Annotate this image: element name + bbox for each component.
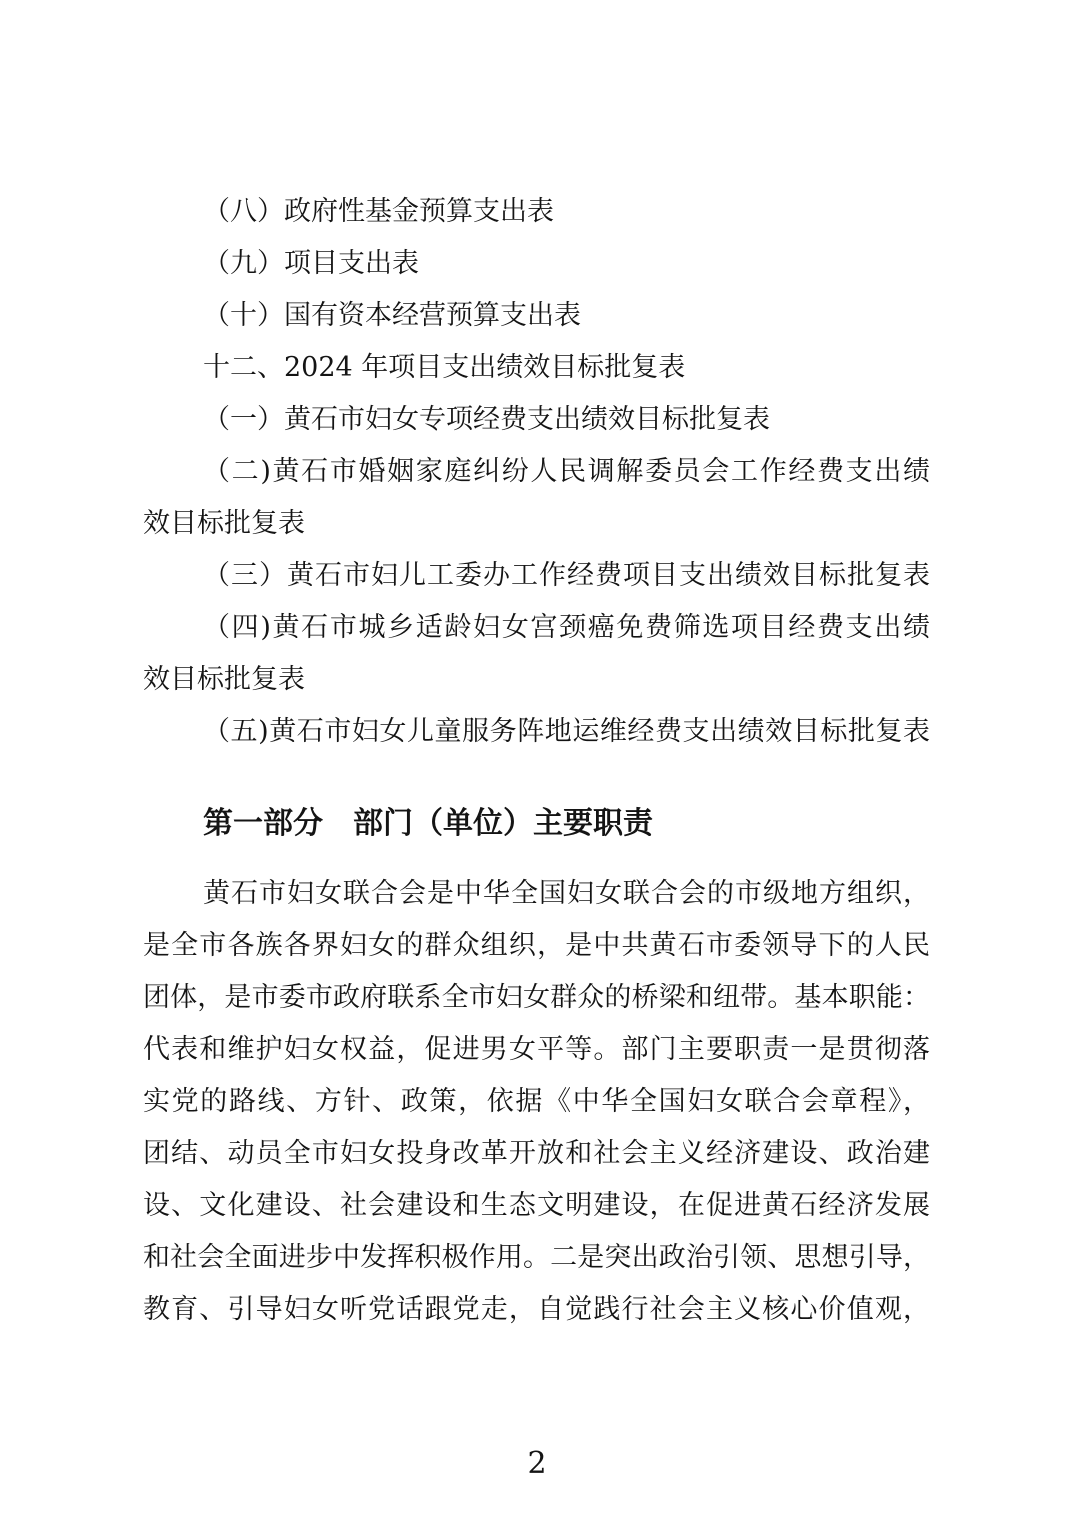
toc-line: （三）黄石市妇儿工委办工作经费项目支出绩效目标批复表 <box>143 550 930 602</box>
paragraph-line: 和社会全面进步中发挥积极作用。二是突出政治引领、思想引导， <box>143 1232 930 1284</box>
section-paragraph: 黄石市妇女联合会是中华全国妇女联合会的市级地方组织， 是全市各族各界妇女的群众组… <box>143 868 930 1336</box>
paragraph-line: 是全市各族各界妇女的群众组织，是中共黄石市委领导下的人民 <box>143 920 930 972</box>
paragraph-line: 设、文化建设、社会建设和生态文明建设，在促进黄石经济发展 <box>143 1180 930 1232</box>
section-heading: 第一部分 部门（单位）主要职责 <box>143 798 930 850</box>
paragraph-line: 团结、动员全市妇女投身改革开放和社会主义经济建设、政治建 <box>143 1128 930 1180</box>
toc-line: （九）项目支出表 <box>143 238 930 290</box>
toc-line: （十）国有资本经营预算支出表 <box>143 290 930 342</box>
document-page: （八）政府性基金预算支出表 （九）项目支出表 （十）国有资本经营预算支出表 十二… <box>0 0 1074 1520</box>
paragraph-line: 代表和维护妇女权益，促进男女平等。部门主要职责一是贯彻落 <box>143 1024 930 1076</box>
paragraph-line: 团体，是市委市政府联系全市妇女群众的桥梁和纽带。基本职能： <box>143 972 930 1024</box>
toc-list: （八）政府性基金预算支出表 （九）项目支出表 （十）国有资本经营预算支出表 十二… <box>143 186 930 758</box>
toc-line: （二)黄石市婚姻家庭纠纷人民调解委员会工作经费支出绩 <box>143 446 930 498</box>
paragraph-line: 黄石市妇女联合会是中华全国妇女联合会的市级地方组织， <box>143 868 930 920</box>
toc-line: （四)黄石市城乡适龄妇女宫颈癌免费筛选项目经费支出绩 <box>143 602 930 654</box>
toc-line-wrap: 效目标批复表 <box>143 498 930 550</box>
toc-line: （一）黄石市妇女专项经费支出绩效目标批复表 <box>143 394 930 446</box>
page-number: 2 <box>0 1446 1074 1481</box>
toc-line: （五)黄石市妇女儿童服务阵地运维经费支出绩效目标批复表 <box>143 706 930 758</box>
toc-line-wrap: 效目标批复表 <box>143 654 930 706</box>
toc-line: （八）政府性基金预算支出表 <box>143 186 930 238</box>
paragraph-line: 教育、引导妇女听党话跟党走，自觉践行社会主义核心价值观， <box>143 1284 930 1336</box>
paragraph-line: 实党的路线、方针、政策，依据《中华全国妇女联合会章程》， <box>143 1076 930 1128</box>
toc-line: 十二、2024 年项目支出绩效目标批复表 <box>143 342 930 394</box>
